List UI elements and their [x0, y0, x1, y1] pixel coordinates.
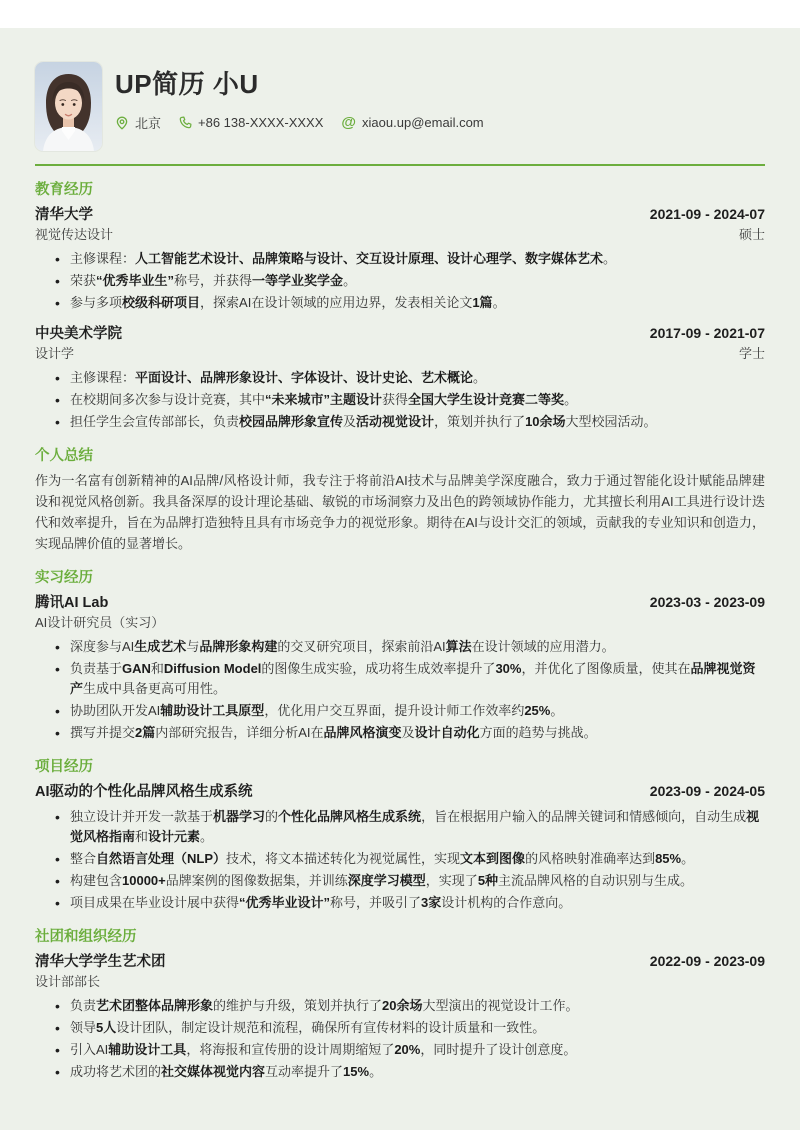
- bullet-item: 项目成果在毕业设计展中获得“优秀毕业设计”称号，并吸引了3家设计机构的合作意向。: [35, 893, 765, 913]
- bullet-highlight: 设计自动化: [415, 725, 480, 740]
- bullet-text: 独立设计并开发一款基于: [70, 809, 213, 824]
- bullet-text: 在设计领域的应用潜力。: [472, 639, 615, 654]
- bullet-text: ，优化用户交互界面，提升设计师工作效率约: [264, 703, 524, 718]
- bullet-highlight: “优秀毕业生”: [96, 273, 174, 288]
- bullet-highlight: 个性化品牌风格生成系统: [278, 809, 421, 824]
- bullet-list: 独立设计并开发一款基于机器学习的个性化品牌风格生成系统，旨在根据用户输入的品牌关…: [35, 807, 765, 913]
- bullet-text: 的风格映射准确率达到: [525, 851, 655, 866]
- entry-head: 腾讯AI Lab2023-03 - 2023-09: [35, 592, 765, 613]
- bullet-text: 和: [135, 829, 148, 844]
- bullet-text: 主流品牌风格的自动识别与生成。: [498, 873, 693, 888]
- entry-title: 清华大学: [35, 205, 93, 225]
- section-internship: 实习经历腾讯AI Lab2023-03 - 2023-09AI设计研究员（实习）…: [35, 568, 765, 743]
- bullet-highlight: 自然语言处理（NLP）: [96, 851, 226, 866]
- bullet-highlight: 85%: [655, 851, 681, 866]
- section-summary: 个人总结作为一名富有创新精神的AI品牌/风格设计师，我专注于将前沿AI技术与品牌…: [35, 446, 765, 554]
- bullet-highlight: 1篇: [472, 295, 492, 310]
- bullet-text: 参与多项: [70, 295, 122, 310]
- bullet-text: 深度参与AI: [70, 639, 134, 654]
- bullet-text: 与: [186, 639, 199, 654]
- entry-head: 清华大学学生艺术团2022-09 - 2023-09: [35, 951, 765, 972]
- bullet-text: 生成中具备更高可用性。: [83, 681, 226, 696]
- bullet-highlight: 10余场: [525, 414, 565, 429]
- entry-title: 中央美术学院: [35, 324, 122, 344]
- bullet-highlight: 25%: [524, 703, 550, 718]
- section-organizations: 社团和组织经历清华大学学生艺术团2022-09 - 2023-09设计部部长负责…: [35, 927, 765, 1082]
- bullet-text: 及: [343, 414, 356, 429]
- bullet-highlight: 算法: [446, 639, 472, 654]
- entry: 清华大学2021-09 - 2024-07视觉传达设计硕士主修课程：人工智能艺术…: [35, 204, 765, 313]
- bullet-text: ，策划并执行了: [434, 414, 525, 429]
- entry-date: 2022-09 - 2023-09: [650, 951, 765, 971]
- entry-subrow: 设计部部长: [35, 972, 765, 991]
- entry-title: AI驱动的个性化品牌风格生成系统: [35, 782, 253, 802]
- entry-role: 设计学: [35, 344, 74, 363]
- entry-date: 2021-09 - 2024-07: [650, 204, 765, 224]
- bullet-text: 设计机构的合作意向。: [441, 895, 571, 910]
- bullet-item: 负责艺术团整体品牌形象的维护与升级，策划并执行了20余场大型演出的视觉设计工作。: [35, 996, 765, 1016]
- bullet-highlight: 社交媒体视觉内容: [161, 1064, 265, 1079]
- entry-head: AI驱动的个性化品牌风格生成系统2023-09 - 2024-05: [35, 781, 765, 802]
- bullet-highlight: 30%: [495, 661, 521, 676]
- bullet-text: 称号，并吸引了: [330, 895, 421, 910]
- bullet-text: 。: [603, 251, 616, 266]
- bullet-list: 主修课程：平面设计、品牌形象设计、字体设计、设计史论、艺术概论。在校期间多次参与…: [35, 368, 765, 432]
- bullet-highlight: 设计元素: [148, 829, 200, 844]
- section-title-projects: 项目经历: [35, 757, 765, 777]
- bullet-text: 技术，将文本描述转化为视觉属性，实现: [226, 851, 460, 866]
- bullet-highlight: 辅助设计工具: [108, 1042, 186, 1057]
- bullet-text: 和: [151, 661, 164, 676]
- bullet-highlight: GAN: [122, 661, 151, 676]
- bullet-text: 项目成果在毕业设计展中获得: [70, 895, 239, 910]
- bullet-highlight: 全国大学生设计竞赛二等奖: [408, 392, 564, 407]
- resume-body: 教育经历清华大学2021-09 - 2024-07视觉传达设计硕士主修课程：人工…: [35, 180, 765, 1082]
- bullet-text: 及: [402, 725, 415, 740]
- bullet-highlight: 校级科研项目: [122, 295, 200, 310]
- contact-location: 北京: [115, 113, 161, 132]
- bullet-highlight: 人工智能艺术设计、品牌策略与设计、交互设计原理、设计心理学、数字媒体艺术: [135, 251, 603, 266]
- bullet-highlight: 一等学业奖学金: [252, 273, 343, 288]
- bullet-item: 成功将艺术团的社交媒体视觉内容互动率提升了15%。: [35, 1062, 765, 1082]
- bullet-text: 大型校园活动。: [566, 414, 657, 429]
- location-icon: [115, 116, 129, 130]
- bullet-text: ，实现了: [426, 873, 478, 888]
- bullet-text: 协助团队开发AI: [70, 703, 160, 718]
- entry: AI驱动的个性化品牌风格生成系统2023-09 - 2024-05独立设计并开发…: [35, 781, 765, 913]
- entry-subrow: 视觉传达设计硕士: [35, 225, 765, 244]
- bullet-text: ，将海报和宣传册的设计周期缩短了: [186, 1042, 394, 1057]
- entry-subrow: 设计学学士: [35, 344, 765, 363]
- bullet-item: 协助团队开发AI辅助设计工具原型，优化用户交互界面，提升设计师工作效率约25%。: [35, 701, 765, 721]
- contact-row: 北京 +86 138-XXXX-XXXX @ xiaou.up@email.co…: [115, 113, 502, 132]
- bullet-text: 品牌案例的图像数据集，并训练: [166, 873, 348, 888]
- bullet-text: 的: [265, 809, 278, 824]
- bullet-item: 主修课程：人工智能艺术设计、品牌策略与设计、交互设计原理、设计心理学、数字媒体艺…: [35, 249, 765, 269]
- section-education: 教育经历清华大学2021-09 - 2024-07视觉传达设计硕士主修课程：人工…: [35, 180, 765, 432]
- section-title-education: 教育经历: [35, 180, 765, 200]
- entry: 中央美术学院2017-09 - 2021-07设计学学士主修课程：平面设计、品牌…: [35, 323, 765, 432]
- bullet-highlight: 辅助设计工具原型: [160, 703, 264, 718]
- contact-location-text: 北京: [135, 113, 161, 132]
- section-title-summary: 个人总结: [35, 446, 765, 466]
- resume-page: UP简历 小U 北京: [0, 0, 800, 1130]
- bullet-text: ，同时提升了设计创意度。: [420, 1042, 576, 1057]
- bullet-text: 。: [369, 1064, 382, 1079]
- top-white-strip: [0, 0, 800, 28]
- bullet-highlight: 5人: [96, 1020, 116, 1035]
- bullet-text: 。: [200, 829, 213, 844]
- bullet-text: 内部研究报告，详细分析AI在: [155, 725, 323, 740]
- entry-role: 设计部部长: [35, 972, 100, 991]
- bullet-highlight: 活动视觉设计: [356, 414, 434, 429]
- bullet-highlight: 艺术团整体品牌形象: [96, 998, 213, 1013]
- bullet-item: 独立设计并开发一款基于机器学习的个性化品牌风格生成系统，旨在根据用户输入的品牌关…: [35, 807, 765, 847]
- bullet-text: 荣获: [70, 273, 96, 288]
- entry-title: 清华大学学生艺术团: [35, 952, 166, 972]
- entry: 腾讯AI Lab2023-03 - 2023-09AI设计研究员（实习）深度参与…: [35, 592, 765, 743]
- bullet-text: 设计团队，制定设计规范和流程，确保所有宣传材料的设计质量和一致性。: [116, 1020, 545, 1035]
- bullet-highlight: 5种: [478, 873, 498, 888]
- entry-date: 2017-09 - 2021-07: [650, 323, 765, 343]
- contact-email: @ xiaou.up@email.com: [341, 115, 483, 130]
- bullet-text: 方面的趋势与挑战。: [480, 725, 597, 740]
- entry-degree: 学士: [739, 344, 765, 363]
- bullet-highlight: 2篇: [135, 725, 155, 740]
- bullet-item: 深度参与AI生成艺术与品牌形象构建的交叉研究项目，探索前沿AI算法在设计领域的应…: [35, 637, 765, 657]
- bullet-text: 负责基于: [70, 661, 122, 676]
- bullet-text: ，旨在根据用户输入的品牌关键词和情感倾向，自动生成: [421, 809, 746, 824]
- bullet-text: 互动率提升了: [265, 1064, 343, 1079]
- entry-date: 2023-03 - 2023-09: [650, 592, 765, 612]
- contact-phone-text: +86 138-XXXX-XXXX: [198, 115, 323, 130]
- bullet-list: 主修课程：人工智能艺术设计、品牌策略与设计、交互设计原理、设计心理学、数字媒体艺…: [35, 249, 765, 313]
- entry-head: 中央美术学院2017-09 - 2021-07: [35, 323, 765, 344]
- bullet-highlight: 品牌形象构建: [199, 639, 277, 654]
- entry: 清华大学学生艺术团2022-09 - 2023-09设计部部长负责艺术团整体品牌…: [35, 951, 765, 1082]
- bullet-highlight: 校园品牌形象宣传: [239, 414, 343, 429]
- section-title-internship: 实习经历: [35, 568, 765, 588]
- bullet-item: 引入AI辅助设计工具，将海报和宣传册的设计周期缩短了20%，同时提升了设计创意度…: [35, 1040, 765, 1060]
- entry-degree: 硕士: [739, 225, 765, 244]
- bullet-highlight: 品牌风格演变: [324, 725, 402, 740]
- bullet-text: 。: [681, 851, 694, 866]
- bullet-highlight: 20%: [394, 1042, 420, 1057]
- bullet-text: 领导: [70, 1020, 96, 1035]
- bullet-text: ，探索AI在设计领域的应用边界，发表相关论文: [200, 295, 472, 310]
- bullet-text: ，并优化了图像质量，使其在: [521, 661, 690, 676]
- entry-subrow: AI设计研究员（实习）: [35, 613, 765, 632]
- bullet-item: 在校期间多次参与设计竞赛，其中“未来城市”主题设计获得全国大学生设计竞赛二等奖。: [35, 390, 765, 410]
- bullet-text: 。: [473, 370, 486, 385]
- entry-role: AI设计研究员（实习）: [35, 613, 164, 632]
- bullet-text: 。: [343, 273, 356, 288]
- bullet-text: 获得: [382, 392, 408, 407]
- bullet-text: 的维护与升级，策划并执行了: [213, 998, 382, 1013]
- bullet-text: 。: [564, 392, 577, 407]
- bullet-text: 主修课程：: [70, 251, 135, 266]
- bullet-item: 构建包含10000+品牌案例的图像数据集，并训练深度学习模型，实现了5种主流品牌…: [35, 871, 765, 891]
- bullet-text: 撰写并提交: [70, 725, 135, 740]
- bullet-text: 整合: [70, 851, 96, 866]
- bullet-highlight: 生成艺术: [134, 639, 186, 654]
- contact-phone: +86 138-XXXX-XXXX: [179, 115, 323, 130]
- bullet-text: 的交叉研究项目，探索前沿AI: [277, 639, 445, 654]
- bullet-item: 负责基于GAN和Diffusion Model的图像生成实验，成功将生成效率提升…: [35, 659, 765, 699]
- avatar-photo: [35, 62, 102, 151]
- bullet-text: 担任学生会宣传部部长，负责: [70, 414, 239, 429]
- bullet-highlight: 平面设计、品牌形象设计、字体设计、设计史论、艺术概论: [135, 370, 473, 385]
- bullet-highlight: 文本到图像: [460, 851, 525, 866]
- bullet-item: 参与多项校级科研项目，探索AI在设计领域的应用边界，发表相关论文1篇。: [35, 293, 765, 313]
- bullet-highlight: 机器学习: [213, 809, 265, 824]
- entry-role: 视觉传达设计: [35, 225, 113, 244]
- bullet-item: 主修课程：平面设计、品牌形象设计、字体设计、设计史论、艺术概论。: [35, 368, 765, 388]
- bullet-item: 担任学生会宣传部部长，负责校园品牌形象宣传及活动视觉设计，策划并执行了10余场大…: [35, 412, 765, 432]
- bullet-item: 荣获“优秀毕业生”称号，并获得一等学业奖学金。: [35, 271, 765, 291]
- bullet-highlight: “未来城市”主题设计: [265, 392, 382, 407]
- entry-title: 腾讯AI Lab: [35, 593, 108, 613]
- entry-head: 清华大学2021-09 - 2024-07: [35, 204, 765, 225]
- bullet-text: 的图像生成实验，成功将生成效率提升了: [261, 661, 495, 676]
- bullet-highlight: “优秀毕业设计”: [239, 895, 330, 910]
- header-divider: [35, 164, 765, 166]
- bullet-text: 成功将艺术团的: [70, 1064, 161, 1079]
- bullet-text: 主修课程：: [70, 370, 135, 385]
- contact-email-text: xiaou.up@email.com: [362, 115, 484, 130]
- entry-date: 2023-09 - 2024-05: [650, 781, 765, 801]
- bullet-highlight: 15%: [343, 1064, 369, 1079]
- section-title-organizations: 社团和组织经历: [35, 927, 765, 947]
- bullet-highlight: Diffusion Model: [164, 661, 262, 676]
- bullet-highlight: 深度学习模型: [348, 873, 426, 888]
- resume-header: UP简历 小U 北京: [35, 62, 765, 151]
- bullet-text: 称号，并获得: [174, 273, 252, 288]
- bullet-text: 。: [550, 703, 563, 718]
- bullet-text: 构建包含: [70, 873, 122, 888]
- resume-sheet: UP简历 小U 北京: [0, 28, 800, 1130]
- bullet-text: 。: [493, 295, 506, 310]
- bullet-text: 大型演出的视觉设计工作。: [423, 998, 579, 1013]
- header-text: UP简历 小U 北京: [115, 62, 502, 132]
- bullet-list: 负责艺术团整体品牌形象的维护与升级，策划并执行了20余场大型演出的视觉设计工作。…: [35, 996, 765, 1082]
- bullet-item: 撰写并提交2篇内部研究报告，详细分析AI在品牌风格演变及设计自动化方面的趋势与挑…: [35, 723, 765, 743]
- bullet-text: 在校期间多次参与设计竞赛，其中: [70, 392, 265, 407]
- section-projects: 项目经历AI驱动的个性化品牌风格生成系统2023-09 - 2024-05独立设…: [35, 757, 765, 913]
- bullet-highlight: 20余场: [382, 998, 422, 1013]
- bullet-list: 深度参与AI生成艺术与品牌形象构建的交叉研究项目，探索前沿AI算法在设计领域的应…: [35, 637, 765, 743]
- bullet-text: 负责: [70, 998, 96, 1013]
- avatar: [35, 62, 102, 151]
- bullet-item: 整合自然语言处理（NLP）技术，将文本描述转化为视觉属性，实现文本到图像的风格映…: [35, 849, 765, 869]
- phone-icon: [179, 116, 192, 129]
- bullet-highlight: 10000+: [122, 873, 166, 888]
- summary-paragraph: 作为一名富有创新精神的AI品牌/风格设计师，我专注于将前沿AI技术与品牌美学深度…: [35, 470, 765, 554]
- email-icon: @: [341, 116, 356, 130]
- bullet-highlight: 3家: [421, 895, 441, 910]
- person-name: UP简历 小U: [115, 69, 502, 100]
- bullet-text: 引入AI: [70, 1042, 108, 1057]
- bullet-item: 领导5人设计团队，制定设计规范和流程，确保所有宣传材料的设计质量和一致性。: [35, 1018, 765, 1038]
